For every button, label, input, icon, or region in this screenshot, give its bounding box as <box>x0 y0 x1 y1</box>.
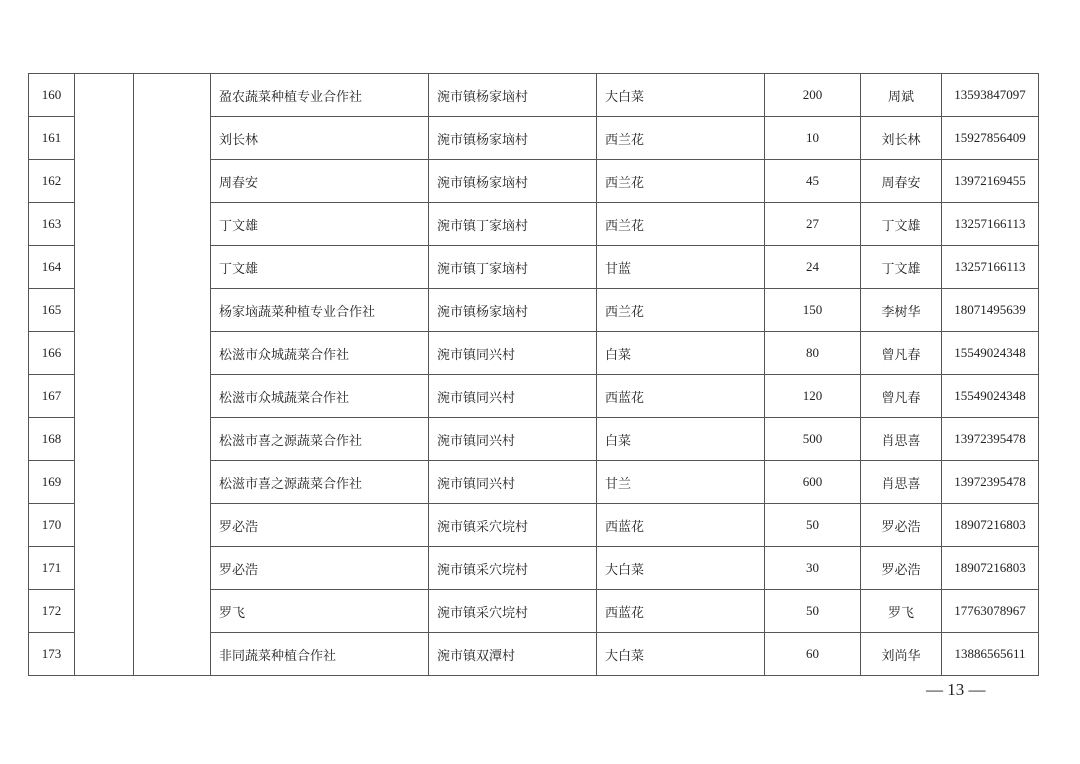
location: 涴市镇双潭村 <box>429 633 597 676</box>
location: 涴市镇采穴垸村 <box>429 504 597 547</box>
location: 涴市镇杨家垴村 <box>429 160 597 203</box>
entity-name: 杨家垴蔬菜种植专业合作社 <box>211 289 429 332</box>
area: 45 <box>765 160 861 203</box>
phone-number: 13257166113 <box>942 246 1039 289</box>
area: 30 <box>765 547 861 590</box>
page-number: — 13 — <box>926 680 986 700</box>
location: 涴市镇杨家垴村 <box>429 74 597 117</box>
contact-person: 周春安 <box>861 160 942 203</box>
row-number: 165 <box>29 289 75 332</box>
area: 80 <box>765 332 861 375</box>
crop-type: 白菜 <box>597 418 765 461</box>
area: 200 <box>765 74 861 117</box>
location: 涴市镇丁家垴村 <box>429 246 597 289</box>
area: 50 <box>765 590 861 633</box>
phone-number: 13972395478 <box>942 418 1039 461</box>
vegetable-growers-table: 160 盈农蔬菜种植专业合作社 涴市镇杨家垴村 大白菜 200 周斌 13593… <box>28 73 1039 676</box>
entity-name: 罗飞 <box>211 590 429 633</box>
entity-name: 丁文雄 <box>211 203 429 246</box>
phone-number: 13972169455 <box>942 160 1039 203</box>
crop-type: 西兰花 <box>597 160 765 203</box>
entity-name: 刘长林 <box>211 117 429 160</box>
entity-name: 罗必浩 <box>211 547 429 590</box>
location: 涴市镇采穴垸村 <box>429 547 597 590</box>
phone-number: 15927856409 <box>942 117 1039 160</box>
crop-type: 西兰花 <box>597 289 765 332</box>
entity-name: 丁文雄 <box>211 246 429 289</box>
crop-type: 甘兰 <box>597 461 765 504</box>
crop-type: 西兰花 <box>597 203 765 246</box>
location: 涴市镇同兴村 <box>429 461 597 504</box>
crop-type: 西蓝花 <box>597 590 765 633</box>
crop-type: 西蓝花 <box>597 375 765 418</box>
location: 涴市镇杨家垴村 <box>429 117 597 160</box>
crop-type: 西蓝花 <box>597 504 765 547</box>
row-number: 162 <box>29 160 75 203</box>
phone-number: 13972395478 <box>942 461 1039 504</box>
entity-name: 周春安 <box>211 160 429 203</box>
contact-person: 曾凡春 <box>861 375 942 418</box>
phone-number: 18907216803 <box>942 504 1039 547</box>
crop-type: 大白菜 <box>597 74 765 117</box>
crop-type: 西兰花 <box>597 117 765 160</box>
area: 120 <box>765 375 861 418</box>
phone-number: 18071495639 <box>942 289 1039 332</box>
phone-number: 15549024348 <box>942 375 1039 418</box>
area: 27 <box>765 203 861 246</box>
row-number: 166 <box>29 332 75 375</box>
location: 涴市镇杨家垴村 <box>429 289 597 332</box>
crop-type: 白菜 <box>597 332 765 375</box>
contact-person: 罗必浩 <box>861 547 942 590</box>
location: 涴市镇同兴村 <box>429 375 597 418</box>
row-number: 169 <box>29 461 75 504</box>
crop-type: 大白菜 <box>597 633 765 676</box>
area: 10 <box>765 117 861 160</box>
contact-person: 曾凡春 <box>861 332 942 375</box>
location: 涴市镇同兴村 <box>429 332 597 375</box>
phone-number: 18907216803 <box>942 547 1039 590</box>
area: 150 <box>765 289 861 332</box>
row-number: 163 <box>29 203 75 246</box>
row-number: 173 <box>29 633 75 676</box>
row-number: 167 <box>29 375 75 418</box>
row-number: 164 <box>29 246 75 289</box>
location: 涴市镇同兴村 <box>429 418 597 461</box>
phone-number: 17763078967 <box>942 590 1039 633</box>
phone-number: 13593847097 <box>942 74 1039 117</box>
phone-number: 15549024348 <box>942 332 1039 375</box>
contact-person: 罗必浩 <box>861 504 942 547</box>
location: 涴市镇采穴垸村 <box>429 590 597 633</box>
merged-empty-cell-b <box>134 74 211 676</box>
crop-type: 大白菜 <box>597 547 765 590</box>
contact-person: 丁文雄 <box>861 246 942 289</box>
entity-name: 非同蔬菜种植合作社 <box>211 633 429 676</box>
row-number: 172 <box>29 590 75 633</box>
contact-person: 刘尚华 <box>861 633 942 676</box>
row-number: 168 <box>29 418 75 461</box>
contact-person: 刘长林 <box>861 117 942 160</box>
contact-person: 周斌 <box>861 74 942 117</box>
row-number: 170 <box>29 504 75 547</box>
table-row: 160 盈农蔬菜种植专业合作社 涴市镇杨家垴村 大白菜 200 周斌 13593… <box>29 74 1039 117</box>
entity-name: 松滋市众城蔬菜合作社 <box>211 332 429 375</box>
entity-name: 松滋市喜之源蔬菜合作社 <box>211 461 429 504</box>
entity-name: 罗必浩 <box>211 504 429 547</box>
area: 60 <box>765 633 861 676</box>
location: 涴市镇丁家垴村 <box>429 203 597 246</box>
row-number: 161 <box>29 117 75 160</box>
phone-number: 13886565611 <box>942 633 1039 676</box>
phone-number: 13257166113 <box>942 203 1039 246</box>
entity-name: 松滋市众城蔬菜合作社 <box>211 375 429 418</box>
area: 24 <box>765 246 861 289</box>
row-number: 171 <box>29 547 75 590</box>
entity-name: 盈农蔬菜种植专业合作社 <box>211 74 429 117</box>
contact-person: 李树华 <box>861 289 942 332</box>
area: 500 <box>765 418 861 461</box>
merged-empty-cell-a <box>75 74 134 676</box>
contact-person: 丁文雄 <box>861 203 942 246</box>
contact-person: 肖思喜 <box>861 418 942 461</box>
contact-person: 肖思喜 <box>861 461 942 504</box>
contact-person: 罗飞 <box>861 590 942 633</box>
area: 50 <box>765 504 861 547</box>
row-number: 160 <box>29 74 75 117</box>
crop-type: 甘蓝 <box>597 246 765 289</box>
entity-name: 松滋市喜之源蔬菜合作社 <box>211 418 429 461</box>
area: 600 <box>765 461 861 504</box>
